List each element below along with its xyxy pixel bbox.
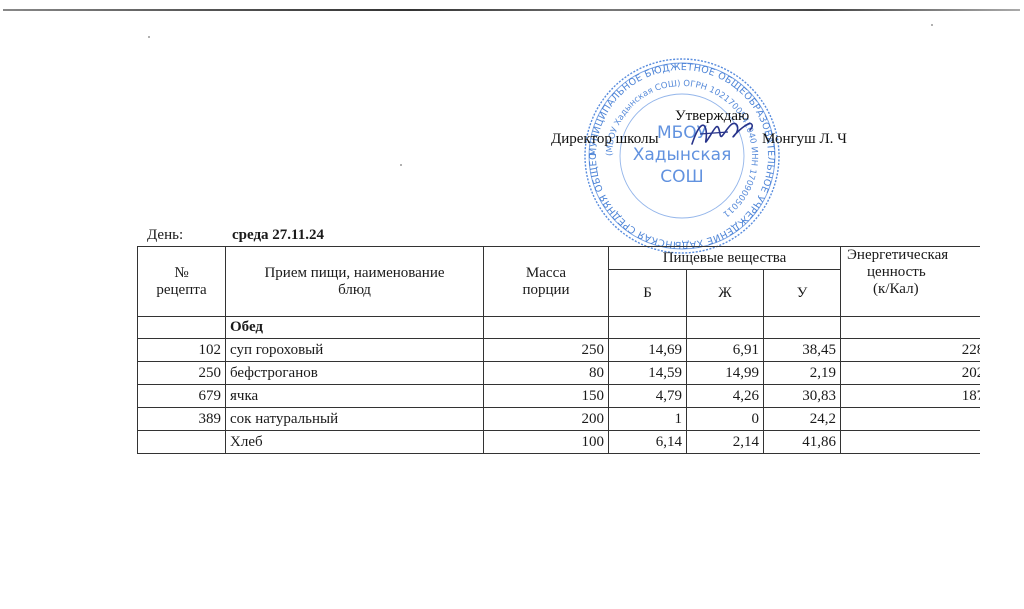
dish-name: суп гороховый xyxy=(226,339,484,362)
section-row-lunch: Обед xyxy=(138,317,981,339)
header-meal-name: Прием пищи, наименование блюд xyxy=(226,247,484,317)
svg-text:МУНИЦИПАЛЬНОЕ БЮДЖЕТНОЕ ОБЩЕОБ: МУНИЦИПАЛЬНОЕ БЮДЖЕТНОЕ ОБЩЕОБРАЗОВАТЕЛЬ… xyxy=(582,56,776,250)
header-protein: Б xyxy=(609,270,687,317)
header-mass-line2: порции xyxy=(488,282,604,299)
menu-table: № рецепта Прием пищи, наименование блюд … xyxy=(137,246,980,454)
header-energy-line3: (к/Кал) xyxy=(847,281,980,298)
protein-value: 1 xyxy=(609,408,687,431)
portion-mass: 100 xyxy=(484,431,609,454)
table-row: 679 ячка 150 4,79 4,26 30,83 187,02 xyxy=(138,385,981,408)
header-energy: Энергетическая ценность (к/Кал) xyxy=(841,247,980,317)
header-energy-line2: ценность xyxy=(847,264,980,281)
header-fat: Ж xyxy=(687,270,764,317)
protein-value: 6,14 xyxy=(609,431,687,454)
protein-value: 14,69 xyxy=(609,339,687,362)
section-empty-cell xyxy=(484,317,609,339)
header-mass-line1: Масса xyxy=(488,265,604,282)
protein-value: 14,59 xyxy=(609,362,687,385)
carbs-value: 30,83 xyxy=(764,385,841,408)
scan-speck xyxy=(400,164,402,166)
carbs-value: 2,19 xyxy=(764,362,841,385)
header-meal-name-line1: Прием пищи, наименование xyxy=(230,265,479,282)
carbs-value: 24,2 xyxy=(764,408,841,431)
header-energy-line1: Энергетическая xyxy=(847,247,980,264)
section-title: Обед xyxy=(226,317,484,339)
section-empty-cell xyxy=(764,317,841,339)
dish-name: сок натуральный xyxy=(226,408,484,431)
fat-value: 4,26 xyxy=(687,385,764,408)
scan-speck xyxy=(931,24,933,26)
portion-mass: 80 xyxy=(484,362,609,385)
recipe-number: 102 xyxy=(138,339,226,362)
scan-speck xyxy=(148,36,150,38)
portion-mass: 150 xyxy=(484,385,609,408)
energy-value: 100 xyxy=(841,408,980,431)
header-recipe-no-line2: рецепта xyxy=(142,282,221,299)
signature-icon xyxy=(688,116,758,152)
svg-text:СОШ: СОШ xyxy=(660,167,703,187)
section-empty-cell xyxy=(609,317,687,339)
fat-value: 14,99 xyxy=(687,362,764,385)
portion-mass: 200 xyxy=(484,408,609,431)
header-meal-name-line2: блюд xyxy=(230,282,479,299)
header-nutrients: Пищевые вещества xyxy=(609,247,841,270)
recipe-number: 679 xyxy=(138,385,226,408)
dish-name: бефстроганов xyxy=(226,362,484,385)
director-position: Директор школы xyxy=(551,131,659,148)
director-name: Монгуш Л. Ч xyxy=(762,131,847,148)
recipe-number: 250 xyxy=(138,362,226,385)
section-empty-cell xyxy=(687,317,764,339)
carbs-value: 38,45 xyxy=(764,339,841,362)
fat-value: 6,91 xyxy=(687,339,764,362)
official-stamp: МУНИЦИПАЛЬНОЕ БЮДЖЕТНОЕ ОБЩЕОБРАЗОВАТЕЛЬ… xyxy=(582,56,782,256)
dish-name: Хлеб xyxy=(226,431,484,454)
fat-value: 0 xyxy=(687,408,764,431)
protein-value: 4,79 xyxy=(609,385,687,408)
energy-value: 187,02 xyxy=(841,385,980,408)
energy-value: 0 xyxy=(841,431,980,454)
table-row: 389 сок натуральный 200 1 0 24,2 100 xyxy=(138,408,981,431)
stamp-seal-icon: МУНИЦИПАЛЬНОЕ БЮДЖЕТНОЕ ОБЩЕОБРАЗОВАТЕЛЬ… xyxy=(582,56,782,256)
recipe-number: 389 xyxy=(138,408,226,431)
header-carbs: У xyxy=(764,270,841,317)
energy-value: 202,67 xyxy=(841,362,980,385)
portion-mass: 250 xyxy=(484,339,609,362)
header-mass: Масса порции xyxy=(484,247,609,317)
day-label: День: xyxy=(147,227,183,244)
section-recipe-cell xyxy=(138,317,226,339)
table-row: 102 суп гороховый 250 14,69 6,91 38,45 2… xyxy=(138,339,981,362)
day-value: среда 27.11.24 xyxy=(232,227,324,244)
carbs-value: 41,86 xyxy=(764,431,841,454)
table-row: 250 бефстроганов 80 14,59 14,99 2,19 202… xyxy=(138,362,981,385)
fat-value: 2,14 xyxy=(687,431,764,454)
header-recipe-no-line1: № xyxy=(142,265,221,282)
energy-value: 228,42 xyxy=(841,339,980,362)
table-row: Хлеб 100 6,14 2,14 41,86 0 xyxy=(138,431,981,454)
header-recipe-no: № рецепта xyxy=(138,247,226,317)
top-border-line xyxy=(3,9,1020,11)
recipe-number xyxy=(138,431,226,454)
section-empty-cell xyxy=(841,317,980,339)
dish-name: ячка xyxy=(226,385,484,408)
menu-table-container: № рецепта Прием пищи, наименование блюд … xyxy=(137,246,980,454)
